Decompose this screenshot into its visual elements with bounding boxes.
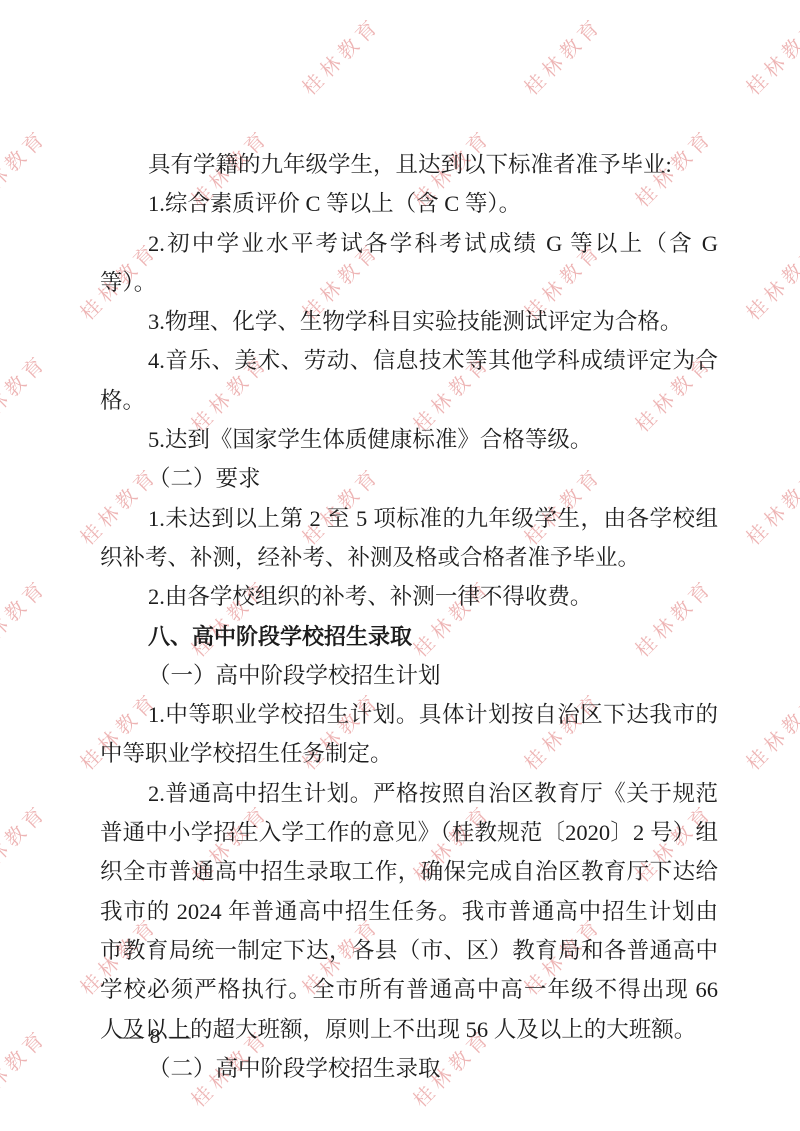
watermark-text: 桂林教育 — [0, 571, 53, 662]
plan-item-general-high-school: 2.普通高中招生计划。严格按照自治区教育厅《关于规范普通中小学招生入学工作的意见… — [100, 774, 718, 1049]
watermark-text: 桂林教育 — [294, 9, 385, 100]
watermark-text: 桂林教育 — [738, 9, 800, 100]
watermark-text: 桂林教育 — [738, 234, 800, 325]
plan-item-vocational: 1.中等职业学校招生计划。具体计划按自治区下达我市的中等职业学校招生任务制定。 — [100, 695, 718, 774]
criteria-item-2: 2.初中学业水平考试各学科考试成绩 G 等以上（含 G 等）。 — [100, 224, 718, 303]
subsection-heading-requirements: （二）要求 — [100, 459, 718, 498]
watermark-text: 桂林教育 — [0, 1021, 53, 1112]
criteria-item-4: 4.音乐、美术、劳动、信息技术等其他学科成绩评定为合格。 — [100, 341, 718, 420]
subsection-heading-enrollment-plan: （一）高中阶段学校招生计划 — [100, 656, 718, 695]
watermark-text: 桂林教育 — [0, 796, 53, 887]
watermark-text: 桂林教育 — [0, 121, 53, 212]
document-page: 桂林教育桂林教育桂林教育桂林教育桂林教育桂林教育桂林教育桂林教育桂林教育桂林教育… — [0, 0, 800, 1131]
requirement-item-1: 1.未达到以上第 2 至 5 项标准的九年级学生，由各学校组织补考、补测，经补考… — [100, 499, 718, 578]
intro-graduation-standards: 具有学籍的九年级学生，且达到以下标准者准予毕业: — [100, 145, 718, 184]
watermark-text: 桂林教育 — [516, 9, 607, 100]
requirement-item-2: 2.由各学校组织的补考、补测一律不得收费。 — [100, 577, 718, 616]
criteria-item-3: 3.物理、化学、生物学科目实验技能测试评定为合格。 — [100, 302, 718, 341]
watermark-text: 桂林教育 — [738, 684, 800, 775]
watermark-text: 桂林教育 — [738, 459, 800, 550]
document-text: 具有学籍的九年级学生，且达到以下标准者准予毕业: 1.综合素质评价 C 等以上（… — [100, 145, 718, 1088]
watermark-text: 桂林教育 — [0, 346, 53, 437]
criteria-item-1: 1.综合素质评价 C 等以上（含 C 等）。 — [100, 184, 718, 223]
section-heading-enrollment: 八、高中阶段学校招生录取 — [100, 617, 718, 656]
criteria-item-5: 5.达到《国家学生体质健康标准》合格等级。 — [100, 420, 718, 459]
subsection-heading-admission: （二）高中阶段学校招生录取 — [100, 1049, 718, 1088]
page-number: — 8 — — [100, 1024, 212, 1049]
